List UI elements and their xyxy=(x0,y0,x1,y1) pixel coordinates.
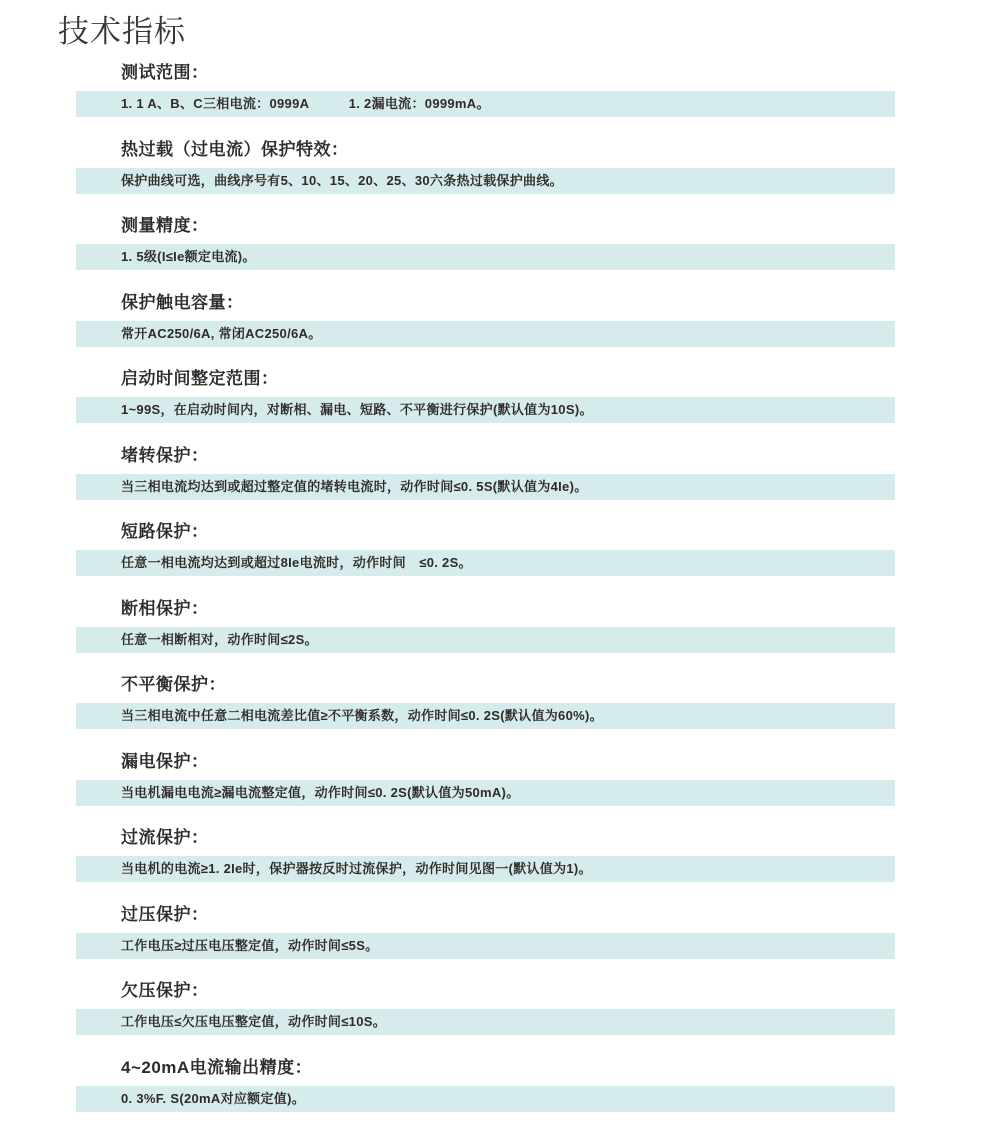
spec-detail-bar: 1. 5级(I≤Ie额定电流)。 xyxy=(76,244,895,270)
spec-section: 断相保护： 任意一相断相对，动作时间≤2S。 xyxy=(0,598,1000,653)
spec-heading: 断相保护： xyxy=(121,598,1000,620)
spec-detail-bar: 当电机的电流≥1. 2Ie时，保护器按反时过流保护，动作时间见图一(默认值为1)… xyxy=(76,856,895,882)
spec-heading: 漏电保护： xyxy=(121,751,1000,773)
spec-section: 短路保护： 任意一相电流均达到或超过8Ie电流时，动作时间 ≤0. 2S。 xyxy=(0,521,1000,576)
spec-section: 不平衡保护： 当三相电流中任意二相电流差比值≥不平衡系数，动作时间≤0. 2S(… xyxy=(0,674,1000,729)
spec-heading: 测试范围： xyxy=(121,62,1000,84)
spec-detail-bar: 常开AC250/6A, 常闭AC250/6A。 xyxy=(76,321,895,347)
spec-section: 堵转保护： 当三相电流均达到或超过整定值的堵转电流时，动作时间≤0. 5S(默认… xyxy=(0,445,1000,500)
spec-heading: 保护触电容量： xyxy=(121,292,1000,314)
spec-heading: 4~20mA电流输出精度： xyxy=(121,1057,1000,1079)
spec-section: 漏电保护： 当电机漏电电流≥漏电流整定值，动作时间≤0. 2S(默认值为50mA… xyxy=(0,751,1000,806)
spec-heading: 欠压保护： xyxy=(121,980,1000,1002)
spec-detail-bar: 1~99S，在启动时间内，对断相、漏电、短路、不平衡进行保护(默认值为10S)。 xyxy=(76,397,895,423)
spec-detail-bar: 当三相电流均达到或超过整定值的堵转电流时，动作时间≤0. 5S(默认值为4Ie)… xyxy=(76,474,895,500)
spec-detail-bar: 1. 1 A、B、C三相电流：0999A 1. 2漏电流：0999mA。 xyxy=(76,91,895,117)
spec-section: 热过载（过电流）保护特效： 保护曲线可选，曲线序号有5、10、15、20、25、… xyxy=(0,139,1000,194)
spec-heading: 短路保护： xyxy=(121,521,1000,543)
spec-detail-bar: 工作电压≥过压电压整定值，动作时间≤5S。 xyxy=(76,933,895,959)
spec-section: 保护触电容量： 常开AC250/6A, 常闭AC250/6A。 xyxy=(0,292,1000,347)
spec-detail-bar: 当电机漏电电流≥漏电流整定值，动作时间≤0. 2S(默认值为50mA)。 xyxy=(76,780,895,806)
spec-heading: 热过载（过电流）保护特效： xyxy=(121,139,1000,161)
spec-detail-bar: 任意一相断相对，动作时间≤2S。 xyxy=(76,627,895,653)
spec-heading: 启动时间整定范围： xyxy=(121,368,1000,390)
spec-heading: 不平衡保护： xyxy=(121,674,1000,696)
spec-section: 启动时间整定范围： 1~99S，在启动时间内，对断相、漏电、短路、不平衡进行保护… xyxy=(0,368,1000,423)
spec-detail-bar: 0. 3%F. S(20mA对应额定值)。 xyxy=(76,1086,895,1112)
spec-detail-bar: 工作电压≤欠压电压整定值，动作时间≤10S。 xyxy=(76,1009,895,1035)
spec-heading: 过压保护： xyxy=(121,904,1000,926)
spec-section: 测试范围： 1. 1 A、B、C三相电流：0999A 1. 2漏电流：0999m… xyxy=(0,62,1000,117)
spec-detail-bar: 任意一相电流均达到或超过8Ie电流时，动作时间 ≤0. 2S。 xyxy=(76,550,895,576)
spec-heading: 堵转保护： xyxy=(121,445,1000,467)
spec-detail-bar: 保护曲线可选，曲线序号有5、10、15、20、25、30六条热过载保护曲线。 xyxy=(76,168,895,194)
spec-section: 过流保护： 当电机的电流≥1. 2Ie时，保护器按反时过流保护，动作时间见图一(… xyxy=(0,827,1000,882)
page-title: 技术指标 xyxy=(58,14,1000,50)
spec-heading: 过流保护： xyxy=(121,827,1000,849)
spec-section: 测量精度： 1. 5级(I≤Ie额定电流)。 xyxy=(0,215,1000,270)
spec-section: 欠压保护： 工作电压≤欠压电压整定值，动作时间≤10S。 xyxy=(0,980,1000,1035)
spec-heading: 测量精度： xyxy=(121,215,1000,237)
spec-detail-bar: 当三相电流中任意二相电流差比值≥不平衡系数，动作时间≤0. 2S(默认值为60%… xyxy=(76,703,895,729)
spec-section: 过压保护： 工作电压≥过压电压整定值，动作时间≤5S。 xyxy=(0,904,1000,959)
spec-section: 4~20mA电流输出精度： 0. 3%F. S(20mA对应额定值)。 xyxy=(0,1057,1000,1112)
technical-specs-page: 技术指标 测试范围： 1. 1 A、B、C三相电流：0999A 1. 2漏电流：… xyxy=(0,14,1000,1112)
